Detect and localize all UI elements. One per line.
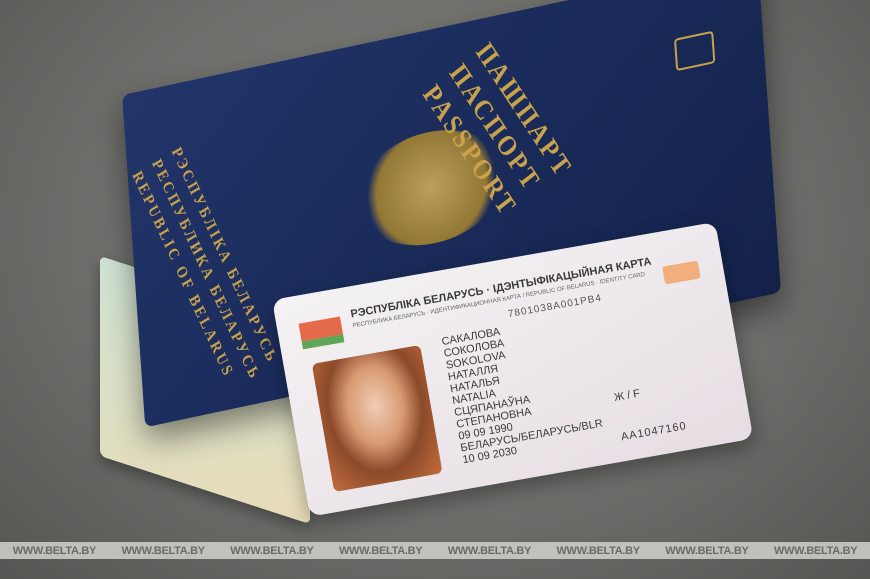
watermark-text: WWW.BELTA.BY [13,545,96,557]
watermark-text: WWW.BELTA.BY [665,545,748,557]
document-number: AA1047160 [620,420,688,443]
sex: Ж / F [613,388,641,404]
watermark-text: WWW.BELTA.BY [230,545,313,557]
watermark-bar: WWW.BELTA.BY WWW.BELTA.BY WWW.BELTA.BY W… [0,542,870,559]
card-fields: САКАЛОВА СОКОЛОВА SOKOLOVA НАТАЛЛЯ НАТАЛ… [441,311,606,466]
photo-scene: РЭСПУБЛІКА БЕЛАРУСЬ РЕСПУБЛИКА БЕЛАРУСЬ … [0,0,870,579]
watermark-text: WWW.BELTA.BY [448,545,531,557]
biometric-chip-icon [674,31,715,72]
belarus-flag-icon [299,316,345,349]
watermark-text: WWW.BELTA.BY [339,545,422,557]
holder-photo [312,345,443,492]
card-logo-icon [662,260,701,284]
watermark-text: WWW.BELTA.BY [556,545,639,557]
watermark-text: WWW.BELTA.BY [774,545,857,557]
watermark-text: WWW.BELTA.BY [121,545,204,557]
passport-country-text: РЭСПУБЛІКА БЕЛАРУСЬ РЕСПУБЛИКА БЕЛАРУСЬ … [126,143,285,397]
